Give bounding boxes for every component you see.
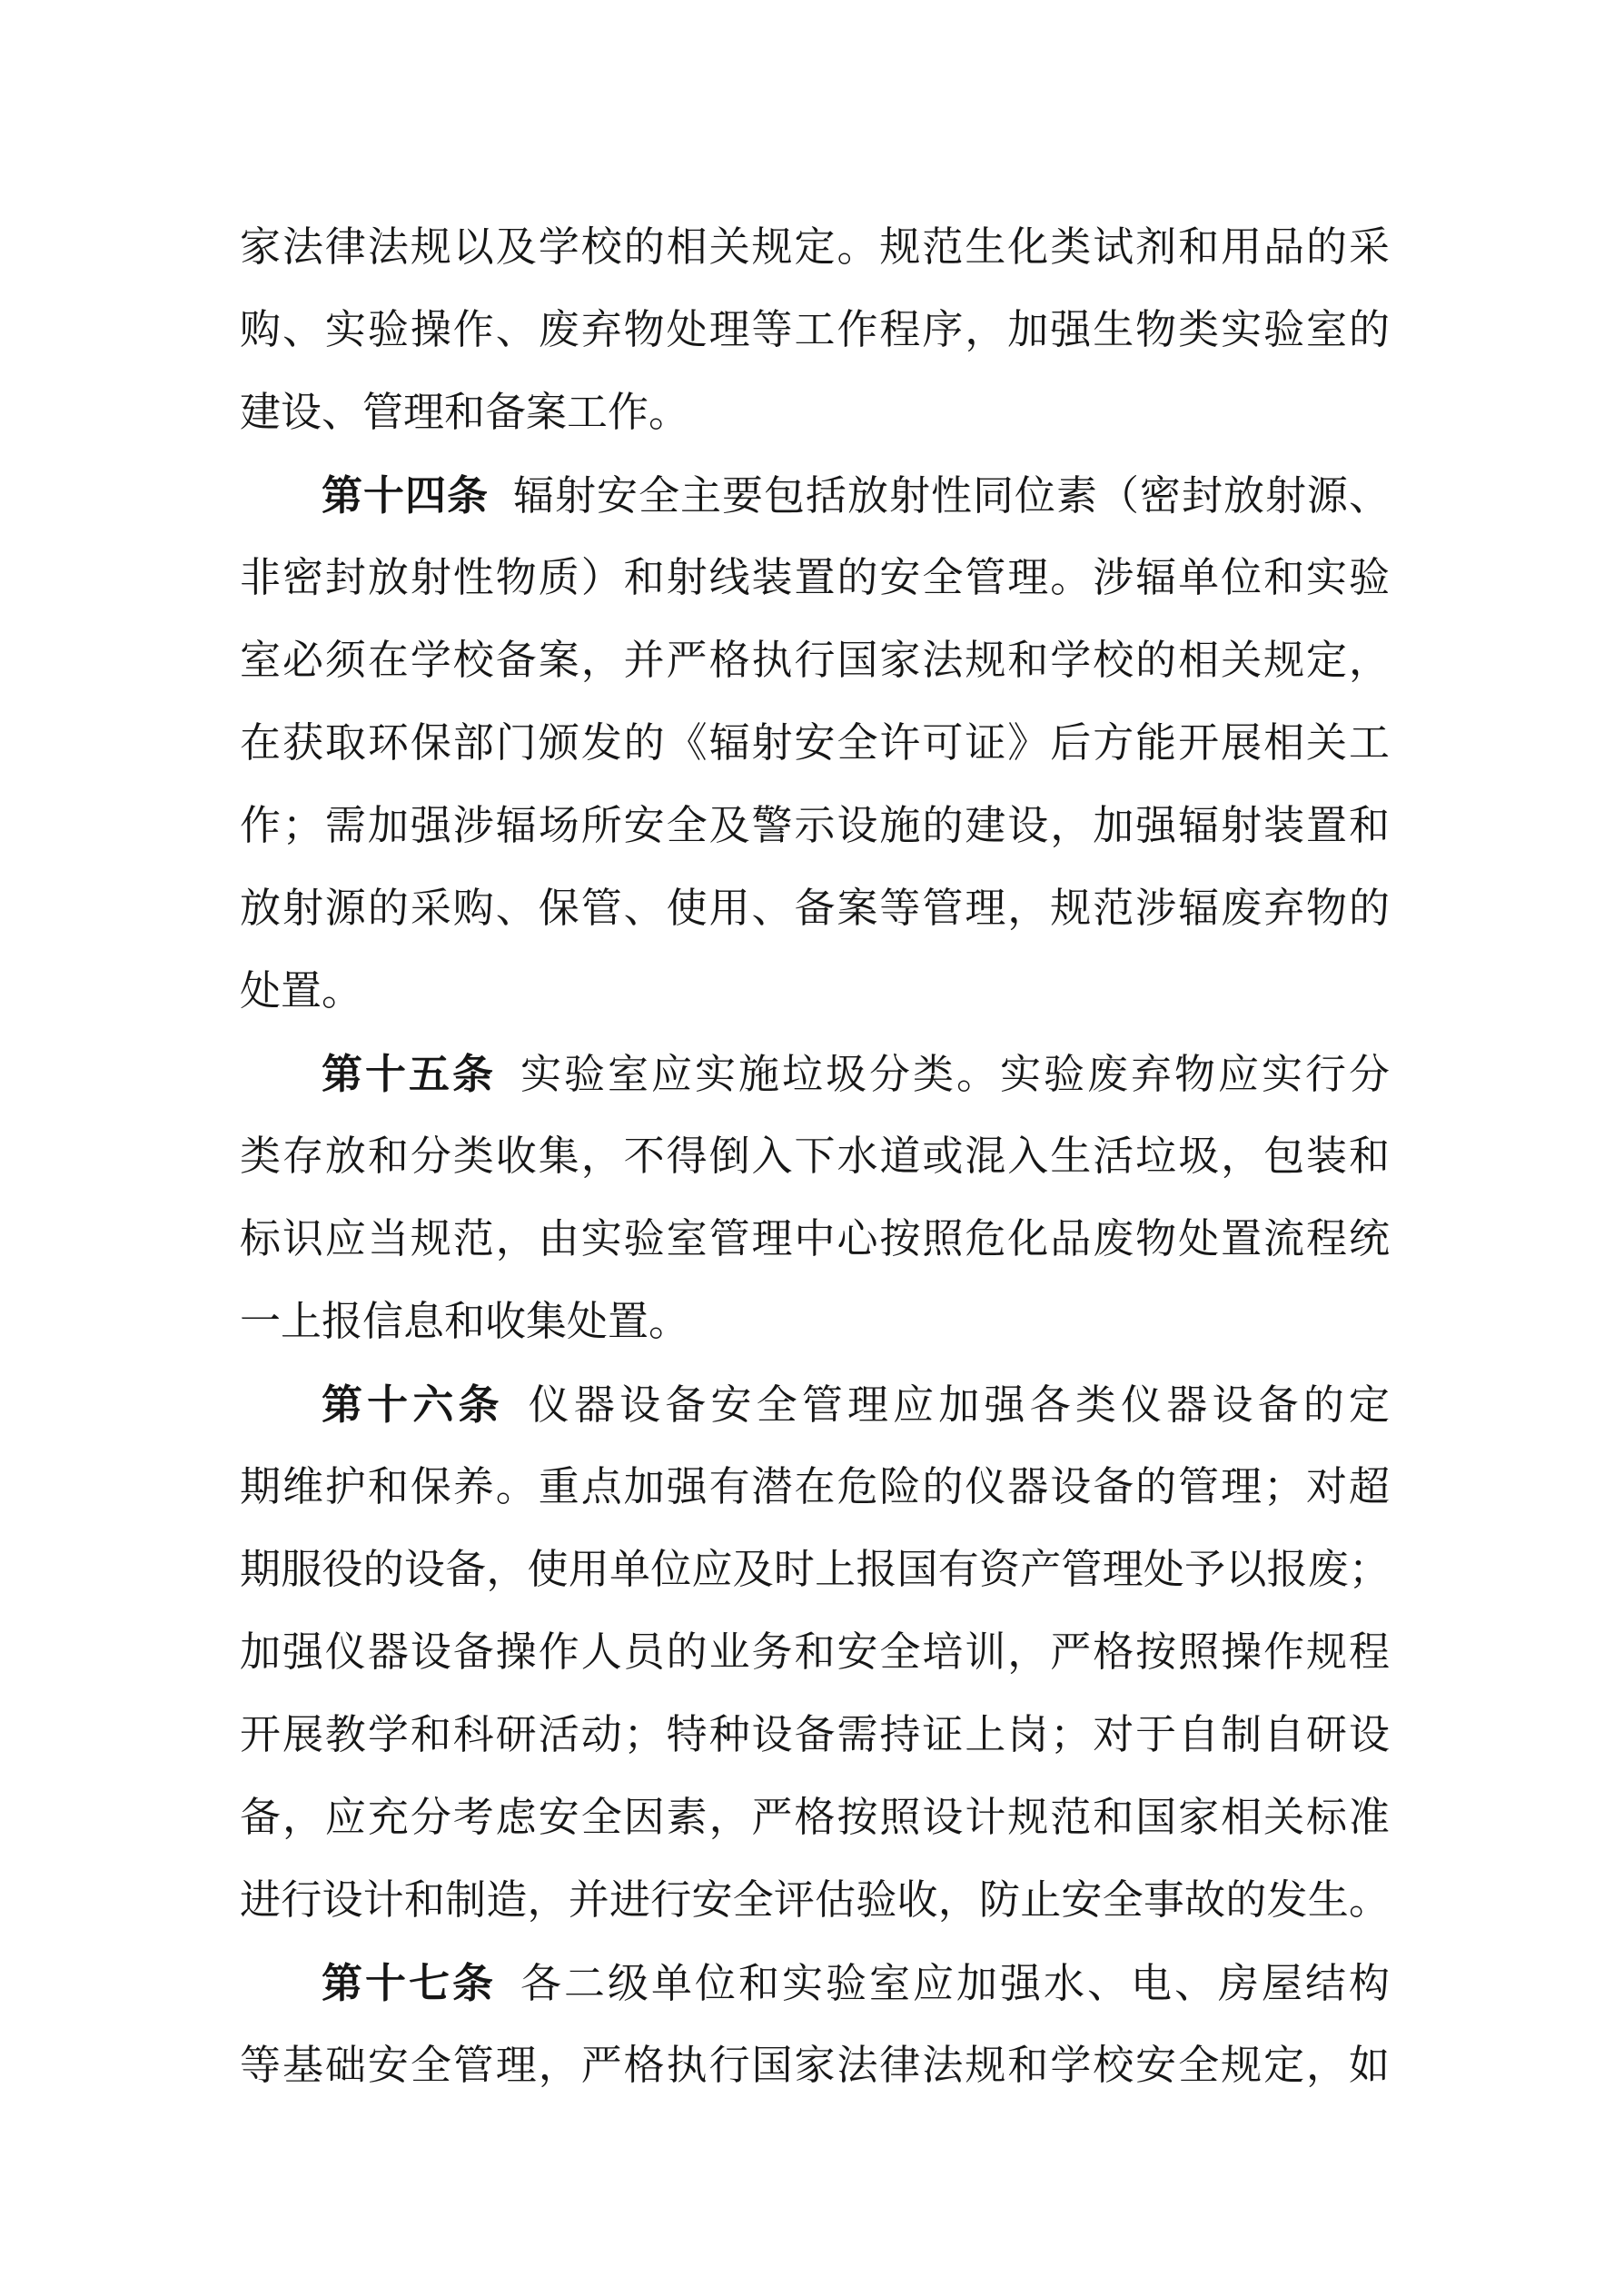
text-line: 一上报信息和收集处置。	[240, 1281, 1390, 1363]
body-text: 建设、管理和备案工作。	[240, 390, 689, 435]
body-text: 非密封放射性物质）和射线装置的安全管理。涉辐单位和实验	[240, 555, 1390, 600]
text-line: 第十四条辐射安全主要包括放射性同位素（密封放射源、	[240, 454, 1390, 537]
text-line: 加强仪器设备操作人员的业务和安全培训，严格按照操作规程	[240, 1611, 1390, 1694]
text-line: 第十六条仪器设备安全管理应加强各类仪器设备的定	[240, 1363, 1390, 1446]
text-line: 第十七条各二级单位和实验室应加强水、电、房屋结构	[240, 1942, 1390, 2024]
text-line: 非密封放射性物质）和射线装置的安全管理。涉辐单位和实验	[240, 537, 1390, 619]
text-line: 家法律法规以及学校的相关规定。规范生化类试剂和用品的采	[240, 206, 1390, 289]
text-line: 标识应当规范，由实验室管理中心按照危化品废物处置流程统	[240, 1198, 1390, 1281]
document-page: 家法律法规以及学校的相关规定。规范生化类试剂和用品的采 购、实验操作、废弃物处理…	[0, 0, 1624, 2296]
article-number: 第十四条	[322, 472, 489, 519]
text-line: 购、实验操作、废弃物处理等工作程序，加强生物类实验室的	[240, 289, 1390, 371]
body-text: 实验室应实施垃圾分类。实验废弃物应实行分	[520, 1052, 1390, 1097]
body-text: 期服役的设备，使用单位应及时上报国有资产管理处予以报废；	[240, 1547, 1390, 1592]
article-number: 第十七条	[322, 1960, 496, 2006]
text-line: 建设、管理和备案工作。	[240, 371, 1390, 454]
body-text: 各二级单位和实验室应加强水、电、房屋结构	[520, 1961, 1390, 2006]
text-line: 室必须在学校备案，并严格执行国家法规和学校的相关规定，	[240, 619, 1390, 702]
body-text: 一上报信息和收集处置。	[240, 1299, 689, 1344]
body-text: 购、实验操作、废弃物处理等工作程序，加强生物类实验室的	[240, 307, 1390, 352]
text-line: 第十五条实验室应实施垃圾分类。实验废弃物应实行分	[240, 1033, 1390, 1115]
body-text: 加强仪器设备操作人员的业务和安全培训，严格按照操作规程	[240, 1629, 1390, 1675]
text-line: 类存放和分类收集，不得倒入下水道或混入生活垃圾，包装和	[240, 1115, 1390, 1198]
body-text: 开展教学和科研活动；特种设备需持证上岗；对于自制自研设	[240, 1712, 1390, 1757]
body-text: 作；需加强涉辐场所安全及警示设施的建设，加强辐射装置和	[240, 803, 1390, 848]
text-line: 等基础安全管理，严格执行国家法律法规和学校安全规定，如	[240, 2024, 1390, 2107]
document-body: 家法律法规以及学校的相关规定。规范生化类试剂和用品的采 购、实验操作、废弃物处理…	[240, 206, 1390, 2107]
article-number: 第十五条	[322, 1051, 496, 1097]
article-number: 第十六条	[322, 1381, 504, 1428]
body-text: 仪器设备安全管理应加强各类仪器设备的定	[529, 1382, 1390, 1428]
text-line: 处置。	[240, 950, 1390, 1033]
text-line: 作；需加强涉辐场所安全及警示设施的建设，加强辐射装置和	[240, 785, 1390, 867]
text-line: 在获取环保部门颁发的《辐射安全许可证》后方能开展相关工	[240, 702, 1390, 785]
body-text: 进行设计和制造，并进行安全评估验收，防止安全事故的发生。	[240, 1877, 1390, 1923]
body-text: 期维护和保养。重点加强有潜在危险的仪器设备的管理；对超	[240, 1464, 1390, 1509]
text-line: 备，应充分考虑安全因素，严格按照设计规范和国家相关标准	[240, 1776, 1390, 1859]
body-text: 家法律法规以及学校的相关规定。规范生化类试剂和用品的采	[240, 224, 1390, 270]
text-line: 期维护和保养。重点加强有潜在危险的仪器设备的管理；对超	[240, 1446, 1390, 1529]
body-text: 备，应充分考虑安全因素，严格按照设计规范和国家相关标准	[240, 1795, 1390, 1840]
text-line: 开展教学和科研活动；特种设备需持证上岗；对于自制自研设	[240, 1694, 1390, 1776]
text-line: 期服役的设备，使用单位应及时上报国有资产管理处予以报废；	[240, 1529, 1390, 1611]
body-text: 放射源的采购、保管、使用、备案等管理，规范涉辐废弃物的	[240, 886, 1390, 931]
body-text: 室必须在学校备案，并严格执行国家法规和学校的相关规定，	[240, 638, 1390, 683]
text-line: 进行设计和制造，并进行安全评估验收，防止安全事故的发生。	[240, 1859, 1390, 1942]
body-text: 在获取环保部门颁发的《辐射安全许可证》后方能开展相关工	[240, 720, 1390, 766]
text-line: 放射源的采购、保管、使用、备案等管理，规范涉辐废弃物的	[240, 867, 1390, 950]
body-text: 等基础安全管理，严格执行国家法律法规和学校安全规定，如	[240, 2043, 1390, 2088]
body-text: 类存放和分类收集，不得倒入下水道或混入生活垃圾，包装和	[240, 1133, 1390, 1179]
body-text: 辐射安全主要包括放射性同位素（密封放射源、	[513, 473, 1390, 519]
body-text: 标识应当规范，由实验室管理中心按照危化品废物处置流程统	[240, 1216, 1390, 1262]
body-text: 处置。	[240, 968, 362, 1014]
